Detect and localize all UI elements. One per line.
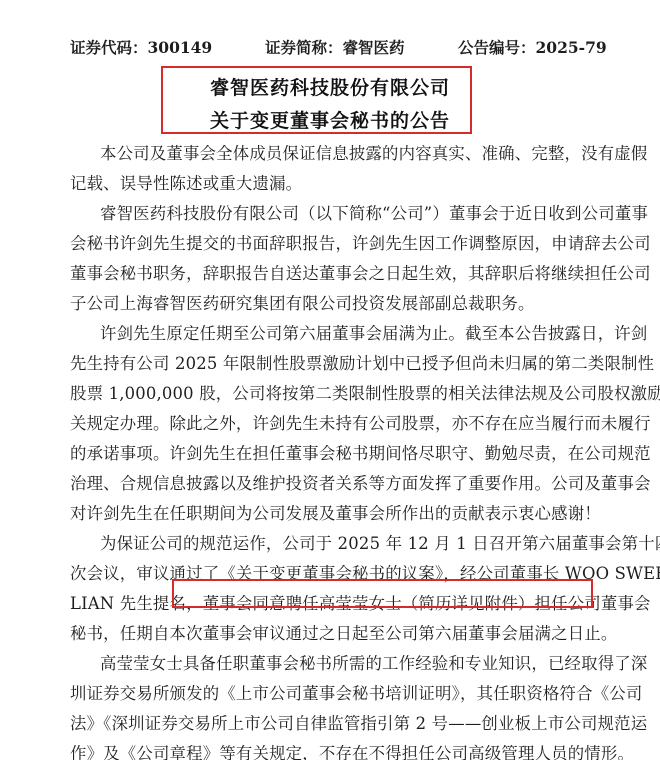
- body-line: 子公司上海睿智医药研究集团有限公司投资发展部副总裁职务。: [70, 293, 592, 315]
- body-line: 董事会秘书职务，辞职报告自送达董事会之日起生效，其辞职后将继续担任公司: [70, 263, 592, 285]
- body-line: 高莹莹女士具备任职董事会秘书所需的工作经验和专业知识，已经取得了深: [100, 653, 592, 675]
- body-line: 关规定办理。除此之外，许剑先生未持有公司股票，亦不存在应当履行而未履行: [70, 413, 592, 435]
- document-header: 证券代码：300149 证券简称：睿智医药 公告编号：2025-79: [0, 36, 660, 58]
- announcement-subject: 关于变更董事会秘书的公告: [0, 106, 660, 133]
- body-line: 作》及《公司章程》等有关规定，不存在不得担任公司高级管理人员的情形。: [70, 743, 592, 760]
- body-line: 先生持有公司 2025 年限制性股票激励计划中已授予但尚未归属的第二类限制性: [70, 353, 592, 375]
- body-line: 治理、合规信息披露以及维护投资者关系等方面发挥了重要作用。公司及董事会: [70, 473, 592, 495]
- body-line: 法》《深圳证券交易所上市公司自律监管指引第 2 号——创业板上市公司规范运: [70, 713, 592, 735]
- company-title: 睿智医药科技股份有限公司: [0, 73, 660, 100]
- body-line: 本公司及董事会全体成员保证信息披露的内容真实、准确、完整，没有虚假: [100, 143, 592, 165]
- body-line: 对许剑先生在任职期间为公司发展及董事会所作出的贡献表示衷心感谢！: [70, 503, 592, 525]
- announcement-number: 公告编号：2025-79: [458, 36, 607, 58]
- body-line: 圳证券交易所颁发的《上市公司董事会秘书培训证明》，其任职资格符合《公司: [70, 683, 592, 705]
- body-line: 睿智医药科技股份有限公司（以下简称“公司”）董事会于近日收到公司董事: [100, 203, 592, 225]
- body-line: 会秘书许剑先生提交的书面辞职报告，许剑先生因工作调整原因，申请辞去公司: [70, 233, 592, 255]
- stock-code: 证券代码：300149: [70, 36, 212, 58]
- stock-name: 证券简称：睿智医药: [265, 36, 405, 58]
- body-line: 为保证公司的规范运作，公司于 2025 年 12 月 1 日召开第六届董事会第十…: [100, 533, 592, 555]
- body-line: 秘书，任期自本次董事会审议通过之日起至公司第六届董事会届满之日止。: [70, 623, 592, 645]
- appointment-highlight-box: [172, 579, 593, 608]
- body-line: 许剑先生原定任期至公司第六届董事会届满为止。截至本公告披露日，许剑: [100, 323, 592, 345]
- body-line: 的承诺事项。许剑先生在担任董事会秘书期间恪尽职守、勤勉尽责，在公司规范: [70, 443, 592, 465]
- body-line: 记载、误导性陈述或重大遗漏。: [70, 173, 592, 195]
- body-line: 股票 1,000,000 股，公司将按第二类限制性股票的相关法律法规及公司股权激…: [70, 383, 592, 405]
